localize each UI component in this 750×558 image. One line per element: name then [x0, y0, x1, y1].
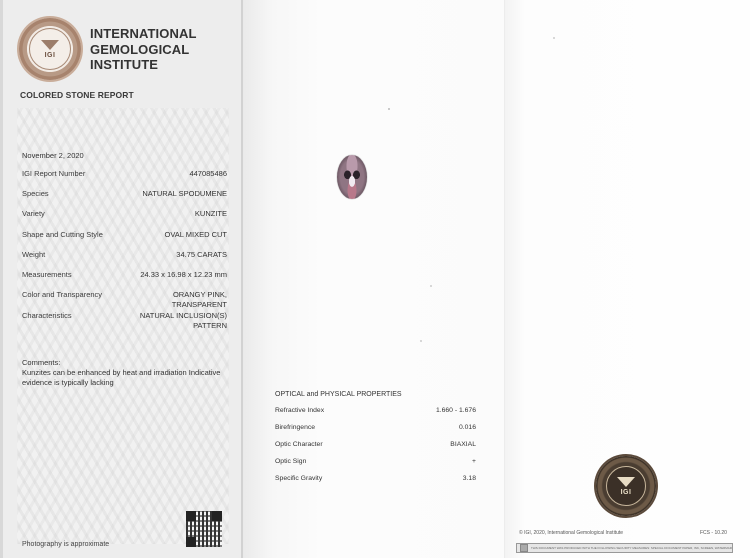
field-value: 0.016	[459, 424, 476, 431]
igi-logo-seal-icon: IGI	[19, 18, 81, 80]
diamond-icon	[41, 40, 59, 50]
gemstone-photo	[337, 155, 367, 199]
form-code: FCS - 10.20	[700, 530, 727, 536]
field-label: Refractive Index	[275, 407, 324, 414]
org-name-line: GEMOLOGICAL	[90, 42, 197, 58]
field-label: Specific Gravity	[275, 475, 322, 482]
copyright-text: © IGI, 2020, International Gemological I…	[519, 530, 623, 536]
field-label: Shape and Cutting Style	[22, 230, 103, 239]
field-value: 1.660 - 1.676	[436, 407, 476, 414]
field-value: OVAL MIXED CUT	[164, 230, 227, 240]
field-label: Weight	[22, 250, 45, 259]
seal-text: IGI	[621, 489, 632, 496]
organization-name: INTERNATIONAL GEMOLOGICAL INSTITUTE	[90, 26, 197, 73]
field-value: NATURAL SPODUMENE	[142, 189, 227, 199]
field-value: 34.75 CARATS	[176, 250, 227, 260]
field-label: Color and Transparency	[22, 290, 102, 299]
report-title: COLORED STONE REPORT	[20, 90, 134, 100]
org-name-line: INSTITUTE	[90, 57, 197, 73]
field-label: IGI Report Number	[22, 169, 85, 178]
field-label: Measurements	[22, 270, 72, 279]
comments-title: Comments:	[22, 358, 60, 367]
field-value-line: NATURAL INCLUSION(S)	[140, 311, 227, 320]
field-label: Species	[22, 189, 49, 198]
security-text: THIS DOCUMENT WAS PRODUCED WITH THE FOLL…	[531, 546, 732, 550]
comments-text: Kunzites can be enhanced by heat and irr…	[22, 368, 237, 387]
field-label: Characteristics	[22, 311, 72, 320]
field-value: ORANGY PINK, TRANSPARENT	[172, 290, 227, 309]
field-value: 447085486	[189, 169, 227, 179]
field-value-line: ORANGY PINK,	[173, 290, 227, 299]
org-name-line: INTERNATIONAL	[90, 26, 197, 42]
seal-text: IGI	[45, 52, 56, 59]
field-label: Optic Sign	[275, 458, 306, 465]
photography-note: Photography is approximate	[22, 541, 109, 548]
qr-code-icon[interactable]	[186, 511, 222, 547]
security-features-bar: THIS DOCUMENT WAS PRODUCED WITH THE FOLL…	[516, 543, 733, 553]
report-date: November 2, 2020	[22, 151, 84, 160]
diamond-icon	[617, 477, 635, 487]
field-label: Variety	[22, 209, 45, 218]
field-value: +	[472, 458, 476, 465]
field-value-line: TRANSPARENT	[172, 300, 227, 309]
field-value: 24.33 x 16.98 x 12.23 mm	[140, 270, 227, 280]
scan-speck	[553, 37, 555, 39]
field-label: Optic Character	[275, 441, 323, 448]
igi-embossed-seal-icon: IGI	[596, 456, 656, 516]
scan-speck	[420, 340, 422, 342]
field-label: Birefringence	[275, 424, 315, 431]
field-value: NATURAL INCLUSION(S) PATTERN	[140, 311, 227, 330]
field-value: 3.18	[463, 475, 476, 482]
field-value: BIAXIAL	[450, 441, 476, 448]
scan-speck	[430, 285, 432, 287]
scan-speck	[388, 108, 390, 110]
security-icon	[520, 544, 528, 552]
field-value: KUNZITE	[195, 209, 227, 219]
field-value-line: PATTERN	[193, 321, 227, 330]
optical-properties-title: OPTICAL and PHYSICAL PROPERTIES	[275, 391, 402, 398]
